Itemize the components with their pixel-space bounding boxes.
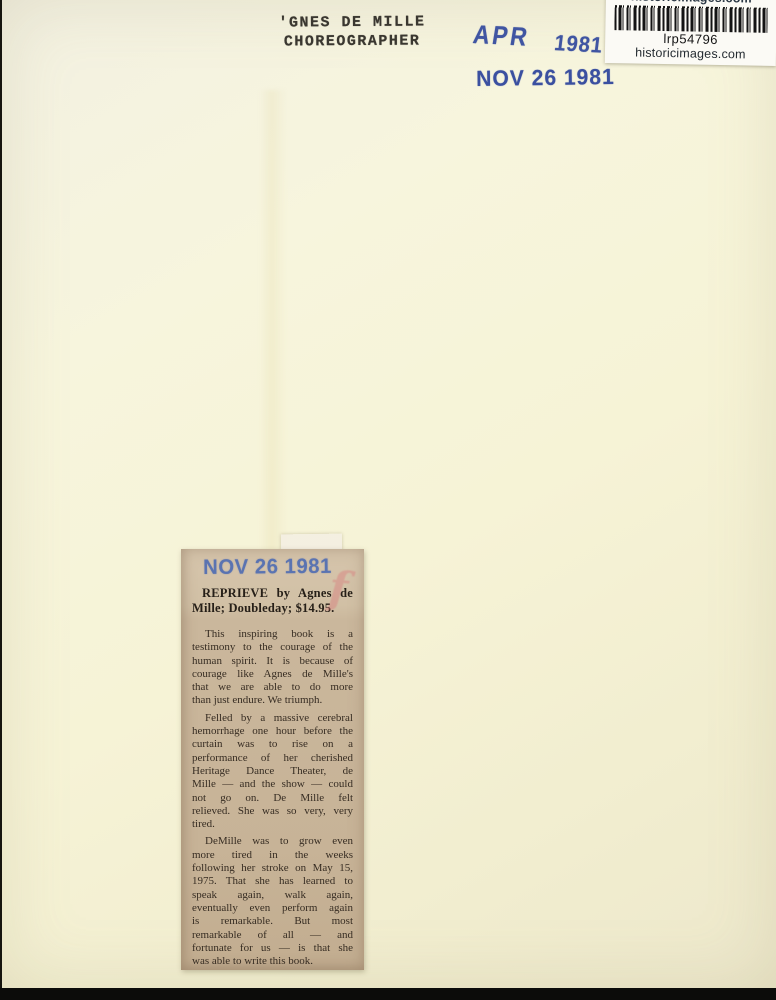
clipping-line: following her stroke on May 15, (192, 862, 353, 875)
clipping-line: remarkable of all — and (192, 929, 353, 942)
photo-paper-back (2, 0, 776, 988)
clipping-line: relieved. She was so very, very (192, 805, 353, 818)
scan-edge-left (0, 0, 2, 1000)
date-stamp-apr-year: 1981 (553, 30, 605, 59)
clipping-line: Mille — and the show — could (192, 778, 353, 791)
clipping-line: Felled by a massive cerebral (192, 712, 353, 725)
date-stamp-nov: NOV 26 1981 (476, 64, 615, 92)
clipping-line: Heritage Dance Theater, de (192, 765, 353, 778)
clipping-line: testimony to the courage of the (192, 641, 353, 654)
clipping-line: This inspiring book is a (192, 628, 353, 641)
clipping-line: tired. (192, 818, 353, 831)
scan-edge-bottom (0, 988, 776, 1000)
clipping-line: that we are able to do more (192, 681, 353, 694)
date-stamp-apr-month: APR (471, 19, 532, 53)
photographer-stamp-line1: 'GNES DE MILLE (272, 12, 432, 32)
photographer-stamp: 'GNES DE MILLE CHOREOGRAPHER (272, 12, 432, 51)
clipping-line: human spirit. It is because of (192, 655, 353, 668)
clipping-line: performance of her cherished (192, 752, 353, 765)
photographer-stamp-line2: CHOREOGRAPHER (272, 31, 432, 51)
barcode-label-bottom-text: historicimages.com (605, 46, 776, 62)
clipping-line: more tired in the weeks (192, 849, 353, 862)
barcode-code: lrp54796 (605, 31, 776, 48)
clipping-line: than just endure. We triumph. (192, 694, 353, 707)
clipping-line: 1975. That she has learned to (192, 875, 353, 888)
clipping-paragraph: Felled by a massive cerebralhemorrhage o… (192, 712, 353, 832)
clipping-line: was able to write this book. (192, 955, 353, 968)
barcode-label: historicimages.com lrp54796 historicimag… (605, 0, 776, 66)
clipping-body: This inspiring book is atestimony to the… (192, 628, 353, 968)
clipping-line: eventually even perform again (192, 902, 353, 915)
clipping-line: not go on. De Mille felt (192, 792, 353, 805)
clipping-line: fortunate for us — is that she (192, 942, 353, 955)
clipping-line: courage like Agnes de Mille's (192, 668, 353, 681)
clipping-paragraph: DeMille was to grow evenmore tired in th… (192, 835, 353, 968)
clipping-line: is remarkable. But most (192, 915, 353, 928)
clipping-date-stamp: NOV 26 1981 (203, 555, 332, 580)
clipping-paragraph: This inspiring book is atestimony to the… (192, 628, 353, 708)
clipping-line: DeMille was to grow even (192, 835, 353, 848)
barcode-icon (614, 5, 767, 33)
paper-stain-streak (260, 90, 286, 570)
clipping-line: speak again, walk again, (192, 889, 353, 902)
clipping-line: curtain was to rise on a (192, 738, 353, 751)
clipping-line: hemorrhage one hour before the (192, 725, 353, 738)
